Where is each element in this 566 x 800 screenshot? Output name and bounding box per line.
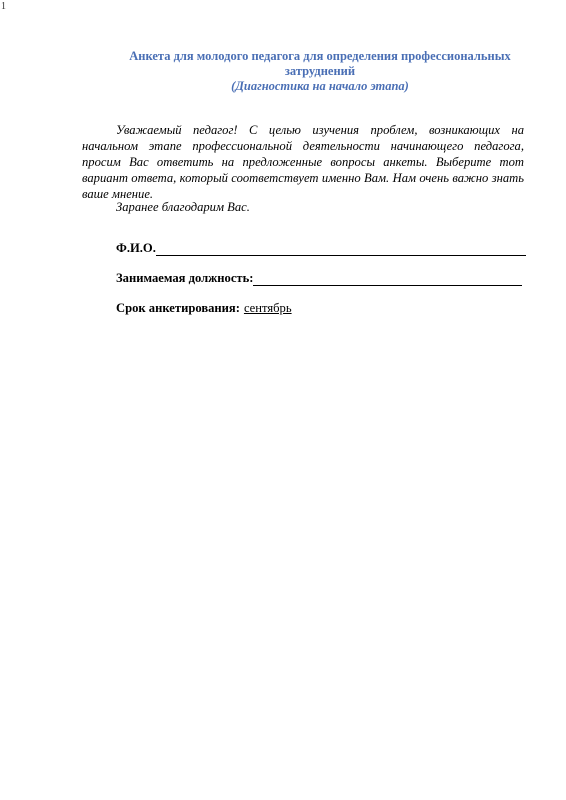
period-label: Срок анкетирования: xyxy=(116,300,240,316)
fio-field: Ф.И.О. xyxy=(116,240,526,256)
fio-label: Ф.И.О. xyxy=(116,240,156,256)
document-title: Анкета для молодого педагога для определ… xyxy=(100,49,540,79)
document-header: Анкета для молодого педагога для определ… xyxy=(100,49,540,94)
thanks-line: Заранее благодарим Вас. xyxy=(116,199,250,215)
fio-input-line[interactable] xyxy=(156,242,526,256)
position-field: Занимаемая должность: xyxy=(116,270,522,286)
period-field: Срок анкетирования: сентябрь xyxy=(116,300,292,316)
position-label: Занимаемая должность: xyxy=(116,270,253,286)
period-value: сентябрь xyxy=(244,300,292,316)
document-subtitle: (Диагностика на начало этапа) xyxy=(100,79,540,94)
intro-paragraph: Уважаемый педагог! С целью изучения проб… xyxy=(82,122,524,202)
page-number: 1 xyxy=(1,1,6,13)
position-input-line[interactable] xyxy=(253,272,522,286)
